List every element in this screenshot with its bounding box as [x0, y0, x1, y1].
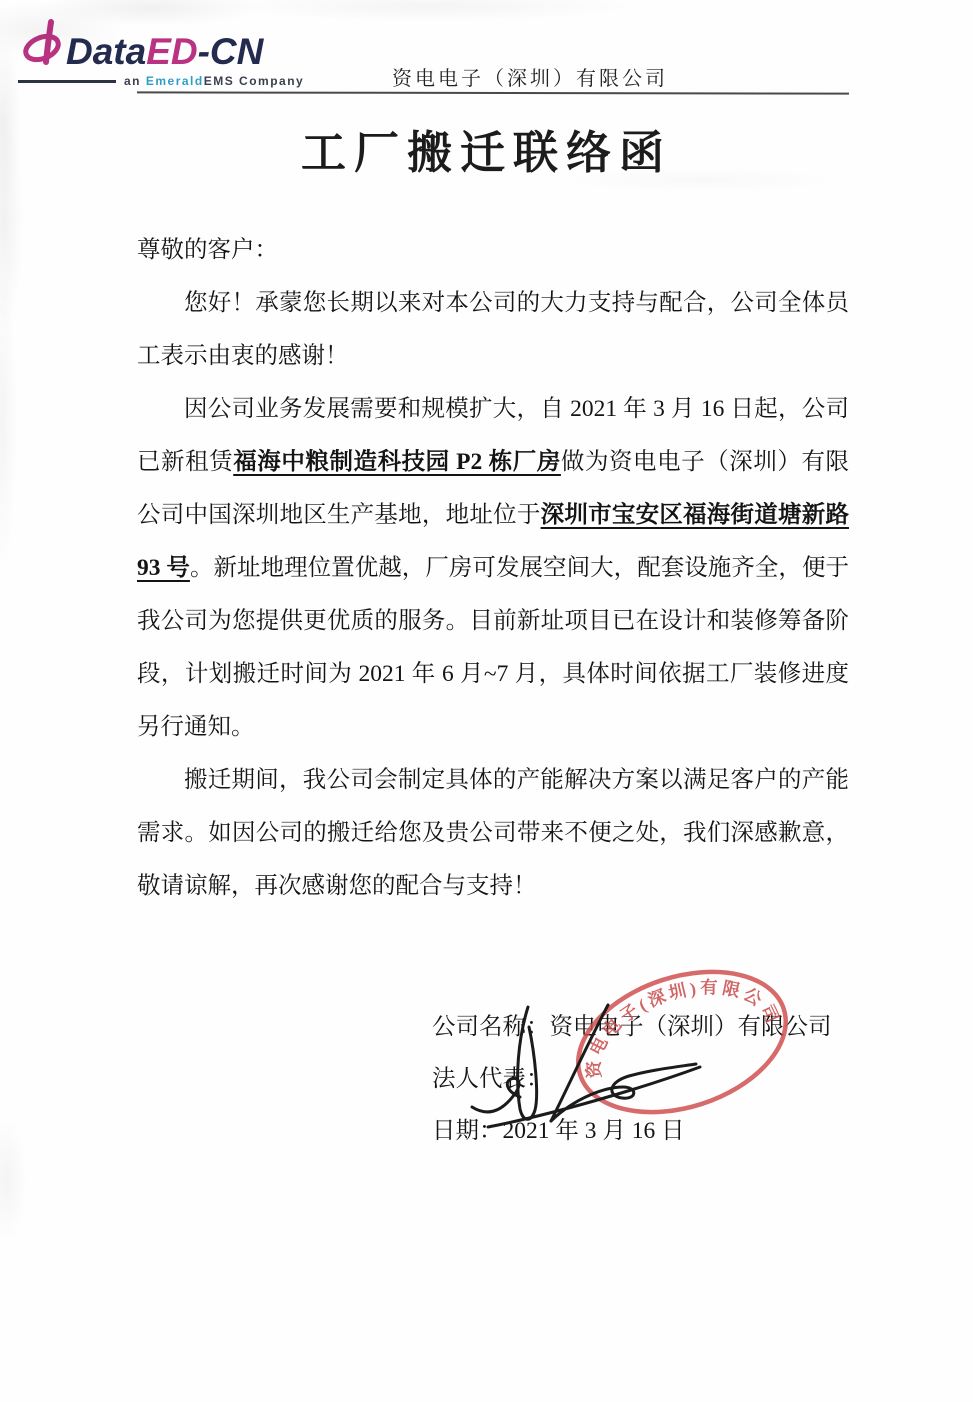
brand-part-data: Data [66, 31, 146, 72]
logo-rule [18, 80, 116, 83]
header-divider [137, 91, 849, 94]
brand-wordmark: DataED-CN [66, 33, 263, 70]
tagline-an: an [124, 74, 146, 88]
letter-page: DataED-CN an EmeraldEMS Company 资电电子（深圳）… [0, 0, 973, 1402]
letter-body: 尊敬的客户： 您好！承蒙您长期以来对本公司的大力支持与配合，公司全体员工表示由衷… [137, 224, 849, 913]
brand-part-cn: -CN [198, 31, 264, 72]
company-name-label: 公司名称： [432, 1014, 550, 1040]
legal-rep-label: 法人代表： [432, 1066, 550, 1092]
header-company-name: 资电电子（深圳）有限公司 [392, 62, 668, 91]
company-name-value: 资电电子（深圳）有限公司 [550, 1014, 832, 1040]
company-name-line: 公司名称：资电电子（深圳）有限公司 [432, 1001, 832, 1053]
tagline-emerald: Emerald [146, 74, 204, 88]
date-value: 2021 年 3 月 16 日 [503, 1118, 685, 1144]
tagline-rest: EMS Company [204, 74, 305, 88]
logo-brand-row: DataED-CN [18, 18, 338, 70]
company-logo: DataED-CN an EmeraldEMS Company [18, 18, 338, 88]
paragraph-1: 您好！承蒙您长期以来对本公司的大力支持与配合，公司全体员工表示由衷的感谢！ [137, 277, 849, 383]
dataed-logo-icon [18, 18, 72, 70]
brand-part-ed: ED [146, 31, 197, 72]
legal-rep-line: 法人代表： [432, 1053, 832, 1105]
paragraph-3: 搬迁期间，我公司会制定具体的产能解决方案以满足客户的产能需求。如因公司的搬迁给您… [137, 754, 849, 913]
document-title: 工厂搬迁联络函 [0, 116, 973, 181]
logo-tagline-row: an EmeraldEMS Company [18, 74, 338, 88]
salutation: 尊敬的客户： [137, 224, 849, 277]
date-line: 日期：2021 年 3 月 16 日 [432, 1105, 832, 1157]
paragraph-2: 因公司业务发展需要和规模扩大，自 2021 年 3 月 16 日起，公司已新租赁… [137, 383, 849, 754]
date-label: 日期： [432, 1118, 503, 1144]
logo-tagline: an EmeraldEMS Company [124, 74, 304, 88]
p2-seg5: 。新址地理位置优越，厂房可发展空间大，配套设施齐全，便于我公司为您提供更优质的服… [137, 555, 849, 740]
p2-new-site-name: 福海中粮制造科技园 P2 栋厂房 [233, 449, 561, 475]
signature-block: 公司名称：资电电子（深圳）有限公司 法人代表： 日期：2021 年 3 月 16… [432, 1001, 832, 1157]
